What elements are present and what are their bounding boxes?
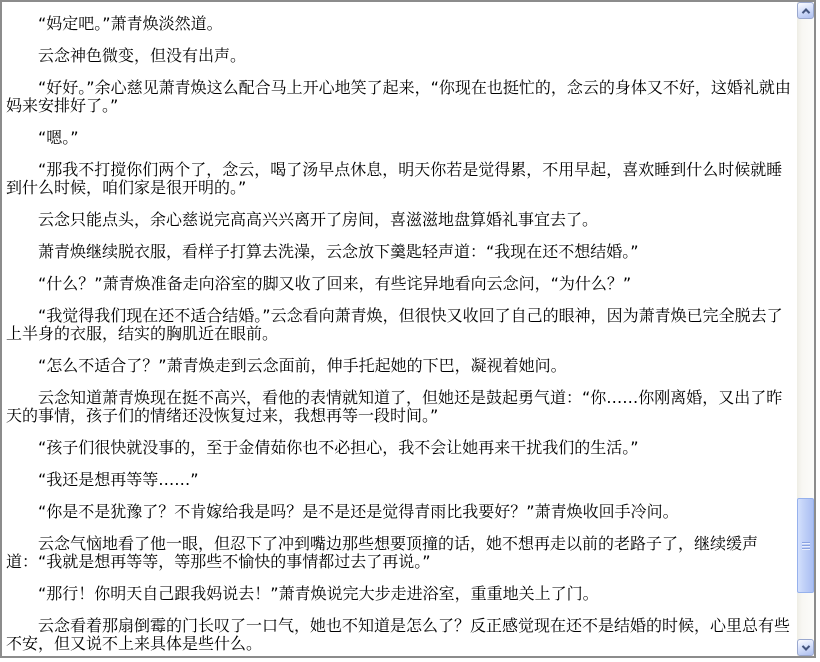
vertical-scrollbar[interactable] <box>797 2 814 656</box>
paragraph: 云念知道萧青焕现在挺不高兴，看他的表情就知道了，但她还是鼓起勇气道：“你……你刚… <box>6 389 791 425</box>
scrollbar-thumb[interactable] <box>797 498 814 593</box>
paragraph: “我还是想再等等……” <box>6 471 791 489</box>
text-content: “妈定吧。”萧青焕淡然道。云念神色微变，但没有出声。“好好。”余心慈见萧青焕这么… <box>2 2 797 656</box>
paragraph: “那我不打搅你们两个了，念云，喝了汤早点休息，明天你若是觉得累，不用早起，喜欢睡… <box>6 161 791 197</box>
paragraph: “你是不是犹豫了？不肯嫁给我是吗？是不是还是觉得青雨比我要好？”萧青焕收回手冷问… <box>6 503 791 521</box>
thumb-grip-icon <box>802 542 810 550</box>
paragraph: 云念气恼地看了他一眼，但忍下了冲到嘴边那些想要顶撞的话，她不想再走以前的老路子了… <box>6 535 791 571</box>
paragraph: 云念看着那扇倒霉的门长叹了一口气，她也不知道是怎么了？反正感觉现在还不是结婚的时… <box>6 617 791 653</box>
paragraph: “好好。”余心慈见萧青焕这么配合马上开心地笑了起来，“你现在也挺忙的，念云的身体… <box>6 79 791 115</box>
scroll-up-button[interactable] <box>797 2 814 19</box>
paragraph: “怎么不适合了？”萧青焕走到云念面前，伸手托起她的下巴，凝视着她问。 <box>6 357 791 375</box>
paragraph: “什么？”萧青焕准备走向浴室的脚又收了回来，有些诧异地看向云念问，“为什么？” <box>6 275 791 293</box>
paragraph: “妈定吧。”萧青焕淡然道。 <box>6 15 791 33</box>
chevron-down-icon <box>801 642 809 650</box>
chevron-up-icon <box>801 8 809 16</box>
paragraph: “嗯。” <box>6 129 791 147</box>
paragraph: 云念神色微变，但没有出声。 <box>6 47 791 65</box>
paragraph: “孩子们很快就没事的，至于金倩茹你也不必担心，我不会让她再来干扰我们的生活。” <box>6 439 791 457</box>
paragraph: 萧青焕继续脱衣服，看样子打算去洗澡，云念放下羹匙轻声道：“我现在还不想结婚。” <box>6 243 791 261</box>
scroll-down-button[interactable] <box>797 639 814 656</box>
paragraph: “那行！你明天自己跟我妈说去！”萧青焕说完大步走进浴室，重重地关上了门。 <box>6 585 791 603</box>
paragraph: “我觉得我们现在还不适合结婚。”云念看向萧青焕，但很快又收回了自己的眼神，因为萧… <box>6 307 791 343</box>
novel-text-viewer: “妈定吧。”萧青焕淡然道。云念神色微变，但没有出声。“好好。”余心慈见萧青焕这么… <box>0 0 816 658</box>
paragraph: 云念只能点头，余心慈说完高高兴兴离开了房间，喜滋滋地盘算婚礼事宜去了。 <box>6 211 791 229</box>
